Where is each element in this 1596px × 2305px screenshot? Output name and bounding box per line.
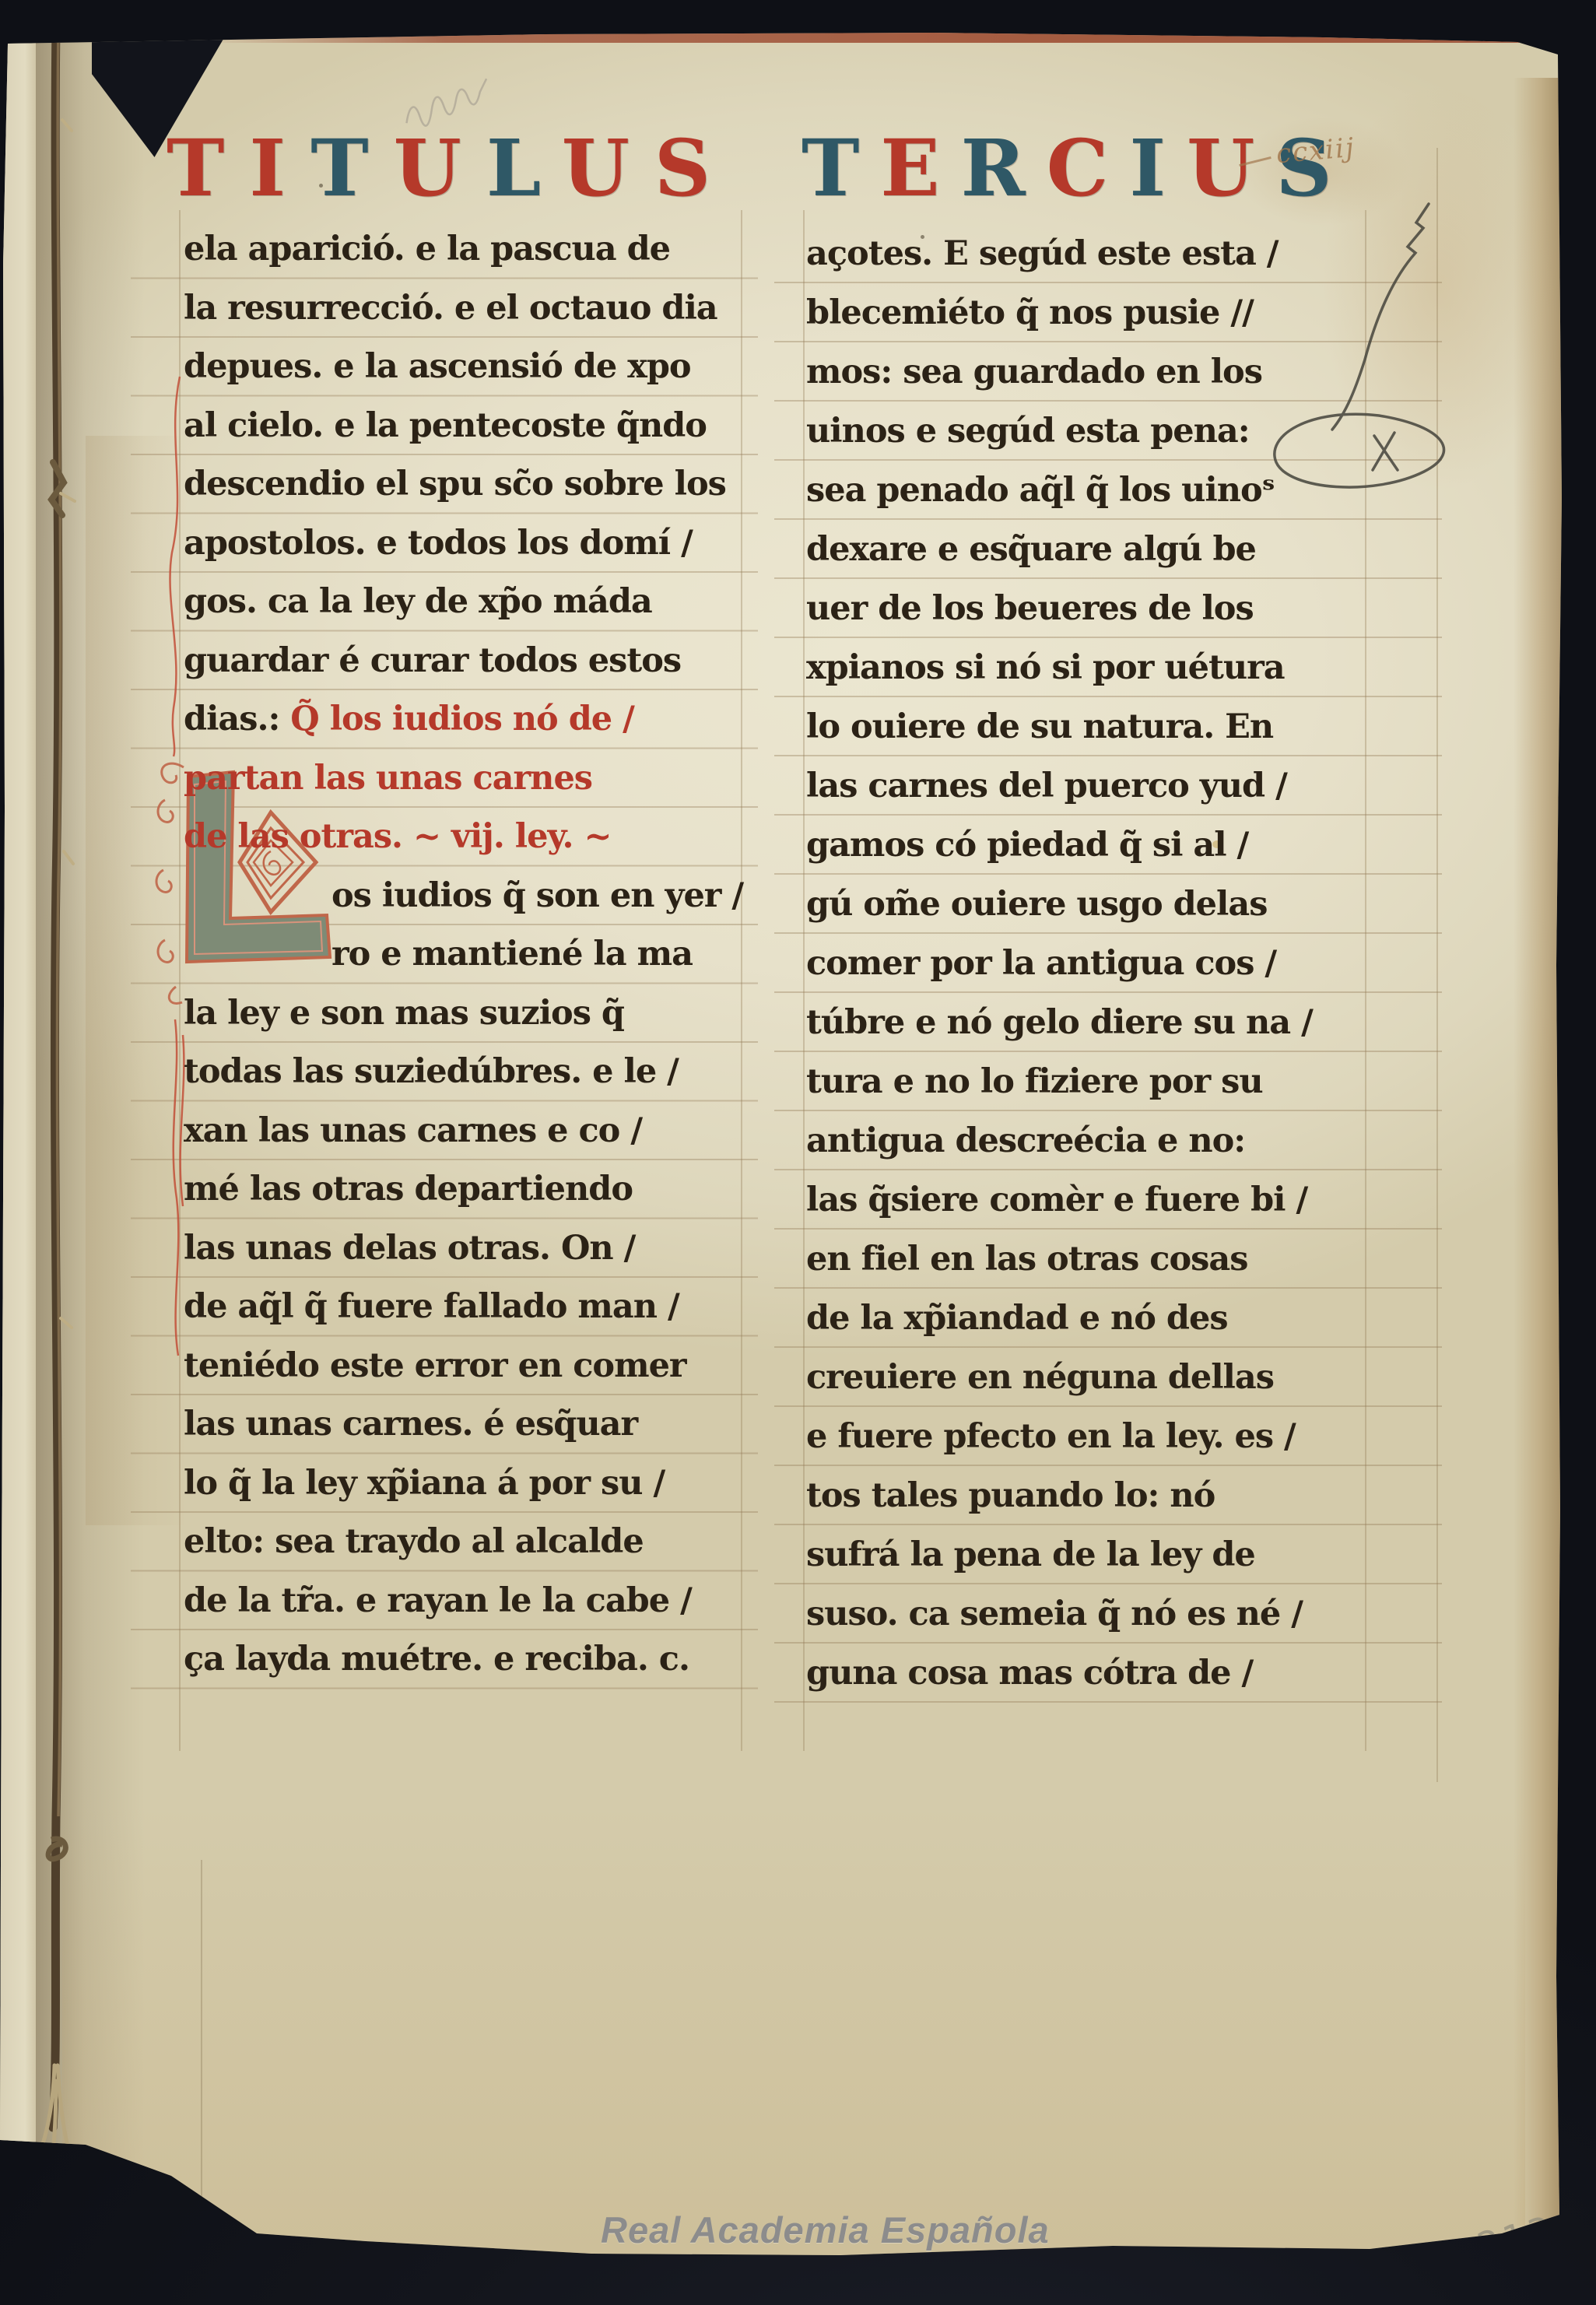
- manuscript-text-line: en fiel en las otras cosas: [806, 1230, 1313, 1289]
- manuscript-text-line: túbre e nó gelo diere su na /: [806, 993, 1313, 1052]
- ink-flourish: [1268, 156, 1564, 514]
- manuscript-text-line: las carnes del puerco yud /: [806, 756, 1313, 816]
- manuscript-text-line: blecemiéto q̃ nos pusie //: [806, 283, 1313, 342]
- header-letter: T: [802, 122, 880, 214]
- binding-cord: [22, 26, 100, 2198]
- manuscript-text-line: guna cosa mas cótra de /: [806, 1644, 1313, 1703]
- page-top-edge-stain: [201, 31, 1562, 43]
- manuscript-text-line: gos. ca la ley de xp̃o máda: [184, 573, 743, 632]
- watermark: Real Academia Española: [601, 2209, 1050, 2251]
- text-column-right: açotes. E segúd este esta /blecemiéto q̃…: [806, 224, 1313, 1703]
- header-letter: S: [654, 122, 735, 214]
- manuscript-text-line: las unas delas otras. On /: [184, 1219, 743, 1279]
- manuscript-text-line: mé las otras departiendo: [184, 1160, 743, 1219]
- photo-backdrop: TITULUS TERCIUS ccxiij: [0, 0, 1596, 2305]
- manuscript-text-line: gú om̃e ouiere usgo delas: [806, 875, 1313, 934]
- manuscript-text-line: depues. e la ascensió de xpo: [184, 338, 743, 397]
- manuscript-text-line: dias.: Q̃ los iudios nó de /: [184, 690, 743, 749]
- header-letter: I: [1129, 122, 1187, 214]
- manuscript-text-line: e fuere pfecto en la ley. es /: [806, 1407, 1313, 1466]
- manuscript-text-line: lo q̃ la ley xp̃iana á por su /: [184, 1454, 743, 1514]
- header-letter: T: [310, 122, 393, 214]
- header-letter: E: [880, 122, 960, 214]
- ruling-vertical: [803, 210, 805, 1751]
- manuscript-text-line: xpianos si nó si por uétura: [806, 638, 1313, 697]
- manuscript-text-line: guardar é curar todos estos: [184, 632, 743, 691]
- manuscript-text-line: sea penado aq̃l q̃ los uinoˢ: [806, 461, 1313, 520]
- header-letter: T: [167, 122, 249, 214]
- header-letter: U: [562, 122, 654, 214]
- manuscript-text-line: sufrá la pena de la ley de: [806, 1525, 1313, 1584]
- header-letter: U: [1187, 122, 1275, 214]
- manuscript-text-line: al cielo. e la pentecoste q̃ndo: [184, 397, 743, 456]
- parchment-stain: [62, 1805, 1525, 2265]
- text-column-left: ela aparició. e la pascua dela resurrecc…: [184, 220, 743, 1689]
- manuscript-text-line: de la xp̃iandad e nó des: [806, 1289, 1313, 1348]
- manuscript-text-line: tos tales puando lo: nó: [806, 1466, 1313, 1525]
- manuscript-text-line: mos: sea guardado en los: [806, 342, 1313, 402]
- manuscript-text-line: la ley e son mas suzios q̃: [184, 984, 743, 1044]
- manuscript-text-line: gamos có piedad q̃ si al /: [806, 816, 1313, 875]
- manuscript-text-line: la resurrecció. e el octauo dia: [184, 279, 743, 339]
- manuscript-text-line: todas las suziedúbres. e le /: [184, 1043, 743, 1102]
- manuscript-text-line: elto: sea traydo al alcalde: [184, 1513, 743, 1572]
- manuscript-text-line: açotes. E segúd este esta /: [806, 224, 1313, 283]
- header-titulus: TITULUS: [167, 129, 735, 215]
- manuscript-text-line: de aq̃l q̃ fuere fallado man /: [184, 1278, 743, 1337]
- manuscript-text-line: tura e no lo fiziere por su: [806, 1052, 1313, 1111]
- manuscript-text-line: ça layda muétre. e reciba. c.: [184, 1630, 743, 1689]
- manuscript-page: TITULUS TERCIUS ccxiij: [0, 31, 1562, 2266]
- manuscript-text-line: las q̃siere comèr e fuere bi /: [806, 1170, 1313, 1230]
- manuscript-text-line: xan las unas carnes e co /: [184, 1102, 743, 1161]
- manuscript-text-line: ro e mantiené la ma: [331, 925, 743, 984]
- manuscript-text-line: teniédo este error en comer: [184, 1337, 743, 1396]
- manuscript-text-line: suso. ca semeia q̃ nó es né /: [806, 1584, 1313, 1644]
- manuscript-text-line: apostolos. e todos los domí /: [184, 514, 743, 574]
- header-letter: I: [249, 122, 310, 214]
- manuscript-text-line: ela aparició. e la pascua de: [184, 220, 743, 279]
- manuscript-text-line: lo ouiere de su natura. En: [806, 697, 1313, 756]
- header-letter: C: [1047, 122, 1130, 214]
- header-letter: R: [961, 122, 1047, 214]
- parchment-crease: [201, 1860, 202, 2233]
- manuscript-text-line: partan las unas carnes: [184, 749, 743, 809]
- manuscript-text-line: dexare e esq̃uare algú be: [806, 520, 1313, 579]
- manuscript-text-line: creuiere en néguna dellas: [806, 1348, 1313, 1407]
- manuscript-text-line: uinos e segúd esta pena:: [806, 402, 1313, 461]
- header-letter: L: [486, 122, 562, 214]
- manuscript-text-line: antigua descreécia e no:: [806, 1111, 1313, 1170]
- manuscript-text-line: os iudios q̃ son en yer /: [331, 867, 743, 926]
- manuscript-text-line: descendio el spu sc̃o sobre los: [184, 455, 743, 514]
- manuscript-text-line: las unas carnes. é esq̃uar: [184, 1395, 743, 1454]
- manuscript-text-line: comer por la antigua cos /: [806, 934, 1313, 993]
- page-number: 213: [1473, 2208, 1559, 2268]
- manuscript-text-line: de las otras. ~ vij. ley. ~: [184, 808, 743, 867]
- manuscript-text-line: uer de los beueres de los: [806, 579, 1313, 638]
- manuscript-text-line: de la tr̃a. e rayan le la cabe /: [184, 1572, 743, 1631]
